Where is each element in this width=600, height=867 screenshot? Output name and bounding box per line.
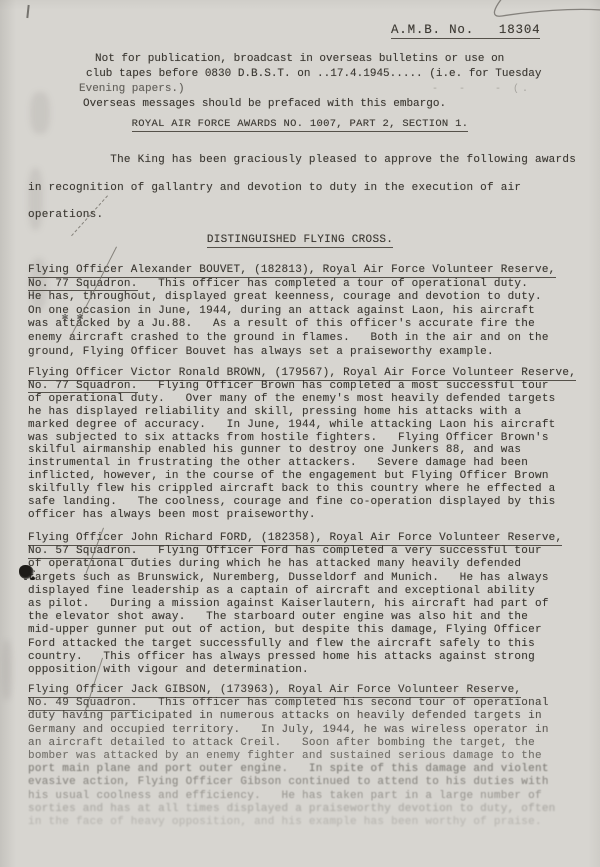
margin-asterisk-marks: ✻✻	[62, 312, 92, 324]
notice-line: Overseas messages should be prefaced wit…	[83, 97, 541, 112]
award-citation: Flying Officer Victor Ronald BROWN, (179…	[28, 367, 594, 522]
citation-line: Flying Officer Jack GIBSON, (173963), Ro…	[28, 684, 594, 697]
document-title-text: ROYAL AIR FORCE AWARDS NO. 1007, PART 2,…	[132, 118, 469, 132]
citation-line: Flying Officer Victor Ronald BROWN, (179…	[28, 367, 594, 380]
citation-line: port main plane and port outer engine. I…	[28, 763, 594, 776]
citation-line: was attacked by a Ju.88. As a result of …	[28, 318, 594, 332]
citation-line: Ford attacked the target successfully an…	[28, 638, 594, 651]
award-citation: Flying Officer Alexander BOUVET, (182813…	[28, 264, 594, 359]
citation-line: ground, Flying Officer Bouvet has always…	[28, 346, 594, 360]
document-title: ROYAL AIR FORCE AWARDS NO. 1007, PART 2,…	[0, 118, 600, 130]
intro-line: in recognition of gallantry and devotion…	[28, 175, 588, 203]
citation-line: of operational duties during which he ha…	[28, 558, 594, 571]
citation-line: he has displayed reliability and skill, …	[28, 406, 594, 419]
notice-line: Not for publication, broadcast in overse…	[95, 52, 541, 67]
citation-line: displayed fine leadership as a captain o…	[28, 585, 594, 598]
citation-line: targets such as Brunswick, Nuremberg, Du…	[28, 572, 594, 585]
award-citation: Flying Officer John Richard FORD, (18235…	[28, 532, 594, 677]
citation-line: sorties and has at all times displayed a…	[28, 803, 594, 816]
citation-line: the elevator shot away. The starboard ou…	[28, 611, 594, 624]
citation-line: skilfully flew his crippled aircraft bac…	[28, 483, 594, 496]
citation-line: No. 77 Squadron. This officer has comple…	[28, 278, 594, 292]
citation-line: mid-upper gunner put out of action, but …	[28, 624, 594, 637]
citation-line: his usual coolness and efficiency. He ha…	[28, 790, 594, 803]
underlined-text: Flying Officer Jack GIBSON, (173963), Ro…	[28, 684, 521, 698]
underlined-text: Flying Officer John Richard FORD, (18235…	[28, 532, 562, 546]
citation-line: safe landing. The coolness, courage and …	[28, 496, 594, 509]
intro-line: operations.	[28, 202, 588, 230]
citation-line: an aircraft detailed to attack Creil. So…	[28, 737, 594, 750]
citation-line: opposition with vigour and determination…	[28, 664, 594, 677]
intro-line: The King has been graciously pleased to …	[28, 147, 588, 175]
bulletin-number: A.M.B. No. 18304	[391, 23, 540, 37]
scanned-document-page: A.M.B. No. 18304 Not for publication, br…	[0, 0, 600, 867]
award-citation: Flying Officer Jack GIBSON, (173963), Ro…	[28, 684, 594, 829]
citation-line: as pilot. During a mission against Kaise…	[28, 598, 594, 611]
citation-line: Flying Officer Alexander BOUVET, (182813…	[28, 264, 594, 278]
citation-line: duty having participated in numerous att…	[28, 710, 594, 723]
scan-smudge	[2, 640, 12, 700]
citation-line: Germany and occupied territory. In July,…	[28, 724, 594, 737]
underlined-text: No. 57 Squadron.	[28, 545, 138, 559]
citation-line: in the face of heavy opposition, and his…	[28, 816, 594, 829]
citation-line: enemy aircraft crashed to the ground in …	[28, 332, 594, 346]
citation-line: bomber was attacked by an enemy fighter …	[28, 750, 594, 763]
section-heading-text: DISTINGUISHED FLYING CROSS.	[207, 234, 393, 248]
citation-line: On one occasion in June, 1944, during an…	[28, 305, 594, 319]
intro-paragraph: The King has been graciously pleased to …	[28, 147, 588, 230]
citation-line: country. This officer has always pressed…	[28, 651, 594, 664]
citation-line: Flying Officer John Richard FORD, (18235…	[28, 532, 594, 545]
underlined-text: No. 77 Squadron.	[28, 278, 138, 292]
citation-line: No. 57 Squadron. Flying Officer Ford has…	[28, 545, 594, 558]
citation-line: officer has always been most praiseworth…	[28, 509, 594, 522]
citation-line: was subjected to six attacks from hostil…	[28, 432, 594, 445]
citation-line: instrumental in frustrating the other at…	[28, 457, 594, 470]
citation-line: evasive action, Flying Officer Gibson co…	[28, 776, 594, 789]
notice-line: club tapes before 0830 D.B.S.T. on ..17.…	[86, 67, 541, 82]
ink-blot	[19, 565, 34, 579]
underlined-text: No. 49 Squadron.	[28, 697, 138, 711]
citation-line: He has, throughout, displayed great keen…	[28, 291, 594, 305]
citation-line: marked degree of accuracy. In June, 1944…	[28, 419, 594, 432]
citation-line: No. 49 Squadron. This officer has comple…	[28, 697, 594, 710]
citation-line: inflicted, however, in the course of the…	[28, 470, 594, 483]
citation-line: skilful airmanship enabled his gunner to…	[28, 444, 594, 457]
underlined-text: No. 77 Squadron.	[28, 380, 138, 394]
bulletin-number-text: A.M.B. No. 18304	[391, 23, 540, 39]
embargo-notice: Not for publication, broadcast in overse…	[86, 52, 541, 112]
citation-line: of operational duty. Over many of the en…	[28, 393, 594, 406]
faint-pencil-scribble: - - - (.	[432, 84, 531, 95]
underlined-text: Flying Officer Victor Ronald BROWN, (179…	[28, 367, 576, 381]
citation-line: No. 77 Squadron. Flying Officer Brown ha…	[28, 380, 594, 393]
pencil-tick-mark	[26, 5, 29, 18]
section-heading: DISTINGUISHED FLYING CROSS.	[0, 234, 600, 246]
